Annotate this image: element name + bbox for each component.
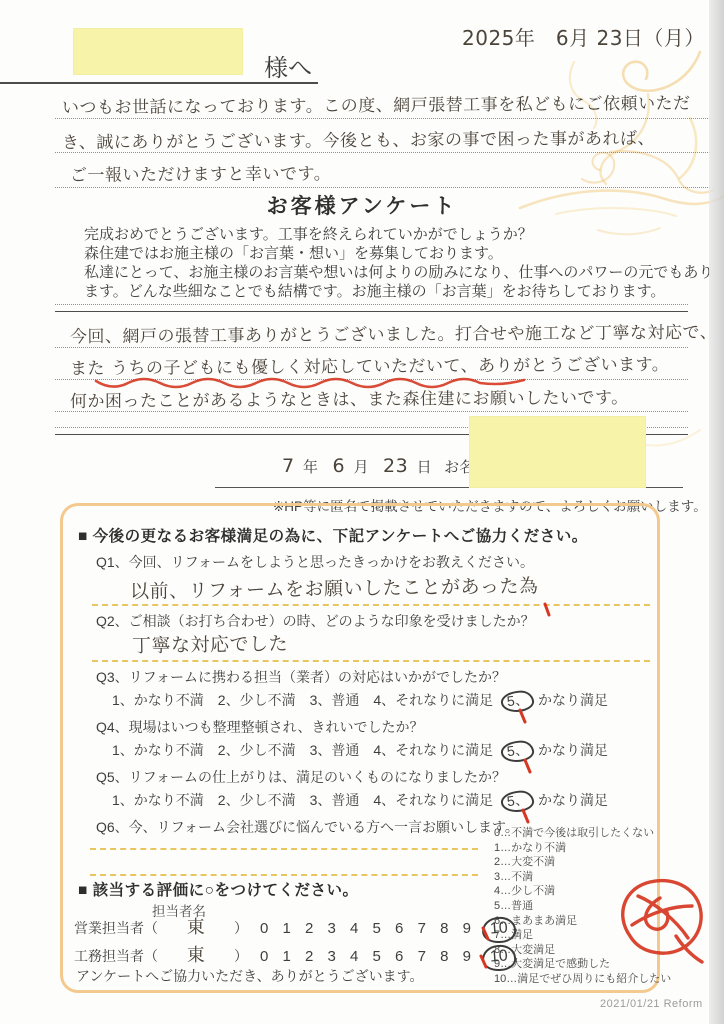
construction-score-numbers: 0 1 2 3 4 5 6 7 8 9 (260, 948, 472, 965)
redacted-recipient-highlight (73, 28, 243, 75)
intro-paragraph-line: 私達にとって、お施主様のお言葉や想いは何よりの励みになり、仕事へのパワーの元でも… (84, 264, 713, 283)
scale-item: 9…大変満足で感動した (494, 957, 671, 972)
scale-item: 0…不満で今後は取引したくない (494, 826, 671, 841)
sales-circled-10: 10 (481, 916, 516, 944)
greeting-line: き、誠にありがとうございます。今後とも、お家の事で困った事があれば、 (62, 124, 655, 153)
feedback-line: 今回、網戸の張替工事ありがとうございました。打合せや施工など丁寧な対応で、 (70, 318, 717, 348)
guide-line (55, 118, 710, 119)
intro-paragraph-line: ます。どんな些細なことでも結構です。お施主様の「お言葉」をお待ちしております。 (84, 283, 665, 302)
sales-staff-name: 東 (158, 913, 234, 939)
scale-item: 5…普通 (494, 899, 671, 914)
scale-item: 6…まあまあ満足 (494, 914, 671, 929)
q1-answer: 以前、リフォームをお願いしたことがあった為 (130, 571, 539, 604)
scale-item: 8…大変満足 (494, 943, 671, 958)
feedback-top-rule (55, 311, 688, 312)
scale-item: 7…満足 (494, 928, 671, 943)
guide-line (55, 187, 710, 188)
intro-paragraph-line: 森住建ではお施主様の「お言葉・想い」を募集しております。 (84, 245, 503, 264)
greeting-line: いつもお世話になっております。この度、網戸張替工事を私どもにご依頼いただ (62, 89, 691, 118)
day-label: 日 (417, 459, 432, 476)
q3-circled-5: 5、 (500, 689, 535, 714)
q4-options: 1、かなり不満 2、少し不満 3、普通 4、それなりに満足5、かなり満足 (112, 740, 608, 762)
signature-day: 23 (383, 455, 408, 477)
q5-options: 1、かなり不満 2、少し不満 3、普通 4、それなりに満足5、かなり満足 (112, 790, 608, 812)
feedback-line: また うちの子どもにも優しく対応していただいて、ありがとうございます。 (70, 350, 669, 379)
sales-score-numbers: 0 1 2 3 4 5 6 7 8 9 (260, 920, 472, 937)
q4-options-top: かなり満足 (538, 742, 608, 758)
q2-label: Q2、ご相談（お打ち合わせ）の時、どのような印象を受けましたか？ (96, 611, 535, 631)
scale-item: 10…満足でぜひ周りにも紹介したい (494, 972, 671, 987)
guide-line (55, 379, 688, 380)
sales-label: 営業担当者（ (74, 920, 158, 936)
page-title: お客様アンケート (0, 190, 724, 220)
q4-label: Q4、現場はいつも整理整頓され、きれいでしたか？ (96, 717, 424, 737)
q3-options: 1、かなり不満 2、少し不満 3、普通 4、それなりに満足5、かなり満足 (112, 690, 608, 712)
scale-item: 1…かなり不満 (494, 841, 671, 856)
answer-line (90, 848, 478, 850)
q2-answer: 丁寧な対応でした (132, 629, 288, 658)
guide-line (55, 347, 688, 348)
guide-line (55, 411, 688, 412)
q3-options-text: 1、かなり不満 2、少し不満 3、普通 4、それなりに満足 (112, 692, 493, 708)
rating-header: ■ 該当する評価に○をつけてください。 (78, 878, 359, 900)
q6-label: Q6、今、リフォーム会社選びに悩んでいる方へ一言お願いします。 (96, 817, 519, 837)
redacted-name-highlight (469, 416, 646, 488)
guide-line (55, 152, 710, 153)
scale-item: 4…少し不満 (494, 884, 671, 899)
greeting-line: ご一報いただけますと幸いです。 (70, 159, 331, 186)
answer-line (92, 604, 650, 606)
rating-scale-legend: 0…不満で今後は取引したくない 1…かなり不満 2…大変不満 3…不満 4…少し… (494, 826, 671, 987)
q5-options-top: かなり満足 (538, 792, 608, 808)
construction-label: 工務担当者（ (74, 948, 158, 964)
thanks-line: アンケートへご協力いただき、ありがとうございます。 (76, 966, 423, 986)
feedback-line: 何か困ったことがあるようなときは、また森住建にお願いしたいです。 (70, 383, 629, 412)
q4-circled-5: 5、 (500, 739, 535, 764)
q5-label: Q5、リフォームの仕上がりは、満足のいくものになりましたか？ (96, 767, 506, 787)
form-revision: 2021/01/21 Reform (600, 998, 703, 1010)
intro-paragraph-line: 完成おめでとうございます。工事を終えられていかがでしょうか？ (84, 226, 533, 245)
guide-line (55, 304, 688, 305)
year-label: 年 (303, 459, 318, 476)
q3-options-top: かなり満足 (538, 692, 608, 708)
sales-rating-row: 営業担当者（東）0 1 2 3 4 5 6 7 8 910 (74, 913, 516, 943)
scanned-customer-survey: 2025年 6月 23日（月） 様へ いつもお世話になっております。この度、網戸… (0, 0, 724, 1024)
paren-close: ） (234, 948, 248, 964)
paren-close: ） (234, 920, 248, 936)
scale-item: 2…大変不満 (494, 855, 671, 870)
q5-circled-5: 5、 (500, 789, 535, 814)
signature-month: 6 (333, 455, 346, 477)
survey-header: ■ 今後の更なるお客様満足の為に、下記アンケートへご協力ください。 (78, 524, 588, 546)
signature-year: 7 (282, 455, 295, 477)
scale-item: 3…不満 (494, 870, 671, 885)
month-label: 月 (354, 459, 369, 476)
scan-edge (709, 0, 724, 1024)
q4-options-text: 1、かなり不満 2、少し不満 3、普通 4、それなりに満足 (112, 742, 493, 758)
q5-options-text: 1、かなり不満 2、少し不満 3、普通 4、それなりに満足 (112, 792, 493, 808)
signature-date-row: 7 年 6 月 23 日 お名前 (282, 455, 489, 477)
q1-label: Q1、今回、リフォームをしようと思ったきっかけをお教えください。 (96, 552, 534, 572)
recipient-suffix: 様へ (264, 48, 312, 83)
answer-line (90, 874, 478, 876)
q3-label: Q3、リフォームに携わる担当（業者）の対応はいかがでしたか？ (96, 667, 506, 687)
answer-line (92, 660, 650, 662)
construction-circled-10: 10 (481, 944, 516, 972)
letter-date: 2025年 6月 23日（月） (462, 22, 705, 51)
construction-staff-name: 東 (158, 941, 234, 967)
